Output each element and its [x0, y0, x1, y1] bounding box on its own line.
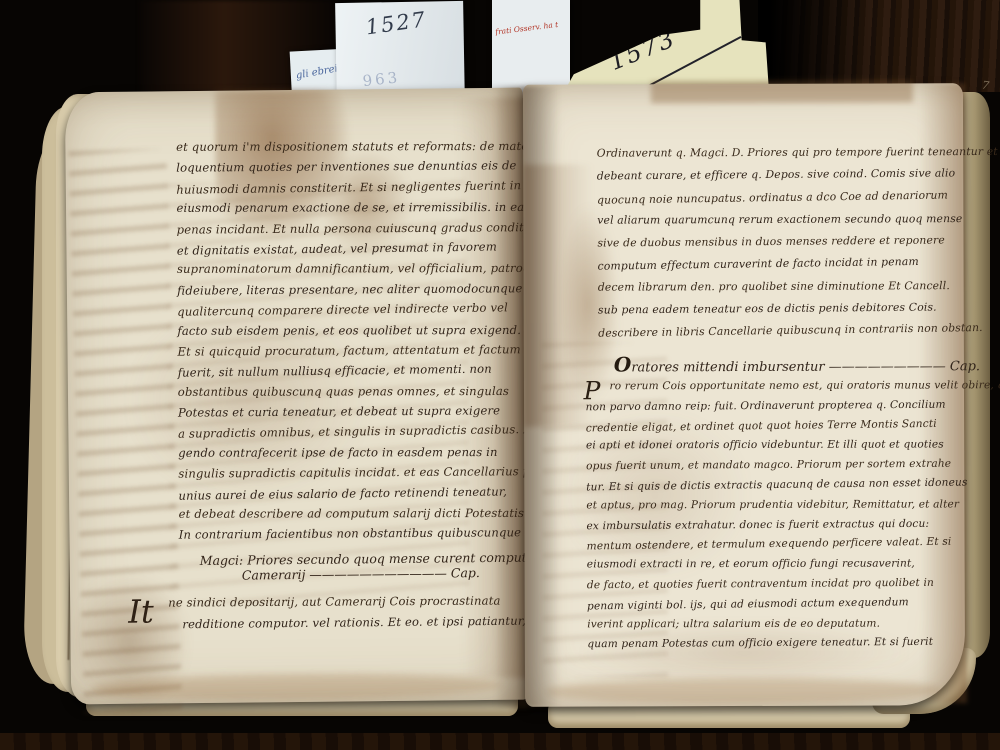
manuscript-line: et aptus, pro mag. Priorum prudentia vid…: [586, 498, 980, 519]
stain: [651, 80, 913, 103]
manuscript-line: In contrarium facientibus non obstantibu…: [179, 526, 531, 549]
left-page-body-text: et quorum i'm dispositionem statuts et r…: [176, 138, 531, 548]
heading-line: Camerarij ——————————— Cap.: [242, 564, 547, 582]
left-page-chapter-heading: Magci: Priores secundo quoq mense curent…: [200, 549, 547, 583]
background-shadow: [758, 0, 878, 92]
manuscript-line: quam penam Potestas cum officio exigere …: [587, 636, 981, 659]
slip-red-text: frati Osserv. ha t: [495, 18, 571, 36]
manuscript-line: qualitercunq comparere directe vel indir…: [177, 300, 529, 325]
right-page-paragraph-2: P ro rerum Cois opportunitate nemo est, …: [585, 378, 981, 658]
manuscript-line: ro rerum Cois opportunitate nemo est, qu…: [610, 379, 980, 400]
manuscript-line: supranominatorum damnificantium, vel off…: [177, 261, 529, 282]
archival-slip-red-note: frati Osserv. ha t: [492, 0, 570, 98]
manuscript-line: facto sub eisdem penis, et eos quolibet …: [177, 322, 529, 343]
slip-year-1573: 1573: [605, 24, 680, 76]
table-edge: [0, 733, 1000, 750]
manuscript-line: decem librarum den. pro quolibet sine di…: [598, 279, 980, 303]
manuscript-line: eiusmodi extracti in re, et eorum offici…: [587, 558, 981, 579]
manuscript-line: redditione computor. vel rationis. Et eo…: [182, 614, 526, 639]
manuscript-line: vel aliarum quarumcunq rerum exactionem …: [597, 212, 979, 236]
left-page: et quorum i'm dispositionem statuts et r…: [65, 88, 529, 705]
manuscript-line: ne sindici depositarij, aut Camerarij Co…: [168, 593, 526, 616]
manuscript-line: ei apti et idonei oratoris officio videb…: [586, 439, 980, 460]
manuscript-line: et quorum i'm dispositionem statuts et r…: [176, 139, 528, 160]
slip-faint-number: 963: [362, 61, 465, 90]
manuscript-line: eiusmodi penarum exactione de se, et irr…: [176, 200, 528, 221]
manuscript-line: obstantibus quibuscunq quas penas omnes,…: [178, 384, 530, 405]
right-page-paragraph-1: Ordinaverunt q. Magci. D. Priores qui pr…: [597, 144, 981, 348]
stain: [91, 672, 503, 702]
manuscript-line: iverint applicari; ultra salarium eis de…: [587, 617, 981, 638]
manuscript-line: et debeat describere ad computum salarij…: [179, 506, 531, 527]
manuscript-line: tur. Et si quis de dictis extractis quac…: [586, 476, 980, 501]
stain: [66, 569, 193, 715]
right-page: Ordinaverunt q. Magci. D. Priores qui pr…: [523, 83, 965, 707]
manuscript-photo: 7 gli ebrei u 1527 963 frati Osserv. ha …: [0, 0, 1000, 750]
left-page-item-paragraph: It ne sindici depositarij, aut Camerarij…: [128, 593, 526, 639]
manuscript-line: unius aurei de eius salario de facto ret…: [178, 484, 530, 509]
heading-text: ratores mittendi imbursentur ————————— C…: [631, 359, 980, 375]
paragraph-text: ro rerum Cois opportunitate nemo est, qu…: [585, 378, 981, 658]
heading-initial: O: [614, 352, 632, 376]
manuscript-line: penam viginti bol. ijs, qui ad eiusmodi …: [587, 595, 981, 620]
manuscript-line: fuerit, sit nullum nulliusq efficacie, e…: [178, 361, 530, 386]
manuscript-line: Ordinaverunt q. Magci. D. Priores qui pr…: [597, 145, 979, 169]
right-page-chapter-heading: Oratores mittendi imbursentur ————————— …: [614, 351, 980, 376]
manuscript-line: computum effectum curaverint de facto in…: [598, 254, 980, 282]
manuscript-line: gendo contrafecerit ipse de facto in eas…: [178, 445, 530, 466]
stain: [545, 677, 941, 704]
item-initial: It: [128, 593, 154, 631]
manuscript-line: describere in libris Cancellarie quibusc…: [598, 321, 980, 349]
item-text: ne sindici depositarij, aut Camerarij Co…: [168, 593, 526, 639]
manuscript-line: a supradictis omnibus, et singulis in su…: [178, 423, 530, 448]
slip-year-1527: 1527: [364, 2, 464, 39]
